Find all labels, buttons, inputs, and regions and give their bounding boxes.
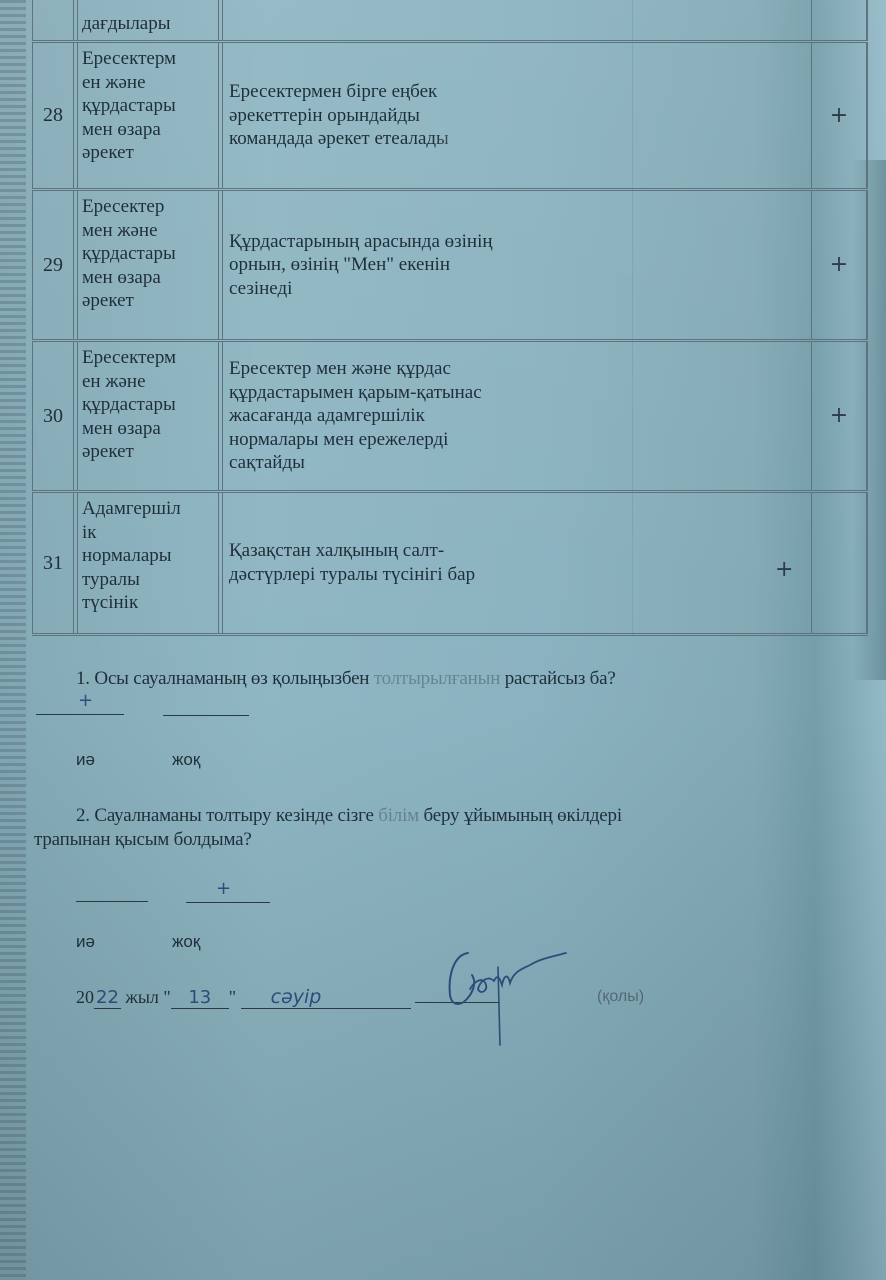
table-row: 31 Адамгершіл ік нормалары туралы түсіні… — [32, 493, 868, 636]
answer-line-yes[interactable] — [36, 714, 124, 715]
row-number-text: 28 — [43, 104, 63, 127]
plus-mark-icon: + — [830, 105, 848, 127]
mark-cell[interactable]: + — [812, 191, 868, 339]
question-text: растайсыз ба? — [500, 668, 615, 689]
plus-mark-icon[interactable]: + — [775, 559, 793, 581]
row-number: 28 — [32, 43, 74, 188]
signature-icon — [440, 945, 580, 1055]
description-line: құрдастарымен қарым-қатынас — [229, 381, 559, 405]
description-line: орнын, өзінің "Мен" екенін — [229, 253, 574, 277]
option-label-no: жоқ — [172, 750, 200, 770]
topic-line: түсінік — [82, 591, 214, 615]
option-label-yes: иә — [76, 932, 95, 952]
topic-line: Адамгершіл — [82, 497, 214, 521]
question-text: Осы сауалнаманың өз қолыңызбен — [94, 668, 369, 689]
plus-mark-icon: + — [830, 254, 848, 276]
year-label: жыл " — [121, 987, 171, 1007]
question-text: беру ұйымының өкілдері — [419, 805, 622, 826]
year-handwritten[interactable]: 22 — [94, 987, 121, 1009]
topic-line: ен және — [82, 370, 214, 394]
plus-mark-icon: + — [830, 405, 848, 427]
description-cell: Құрдастарының арасында өзінің орнын, өзі… — [222, 191, 812, 339]
topic-line: мен өзара — [82, 266, 214, 290]
mark-cell[interactable] — [812, 493, 868, 633]
question-text: Сауалнаманы толтыру кезінде сізге — [94, 805, 373, 826]
description-line: әрекеттерін орындайды — [229, 104, 489, 128]
topic-cell: дағдылары — [77, 0, 219, 40]
description-line: Қазақстан халқының салт- — [229, 539, 549, 563]
mark-cell[interactable]: + — [812, 43, 868, 188]
question-text-faded: білім — [374, 805, 419, 826]
description-line: Құрдастарының арасында өзінің — [229, 230, 574, 254]
quote-close: " — [229, 987, 236, 1007]
topic-line: құрдастары — [82, 242, 214, 266]
topic-line: ік — [82, 521, 214, 545]
answer-line-yes[interactable] — [76, 901, 148, 902]
topic-line: әрекет — [82, 440, 214, 464]
table-row: 29 Ересектер мен және құрдастары мен өза… — [32, 191, 868, 342]
table-row: 28 Ересектерм ен және құрдастары мен өза… — [32, 43, 868, 191]
assessment-table: дағдылары 28 Ересектерм ен және құрдаста… — [32, 0, 868, 636]
description-line: Ересектер мен және құрдас — [229, 357, 559, 381]
topic-line: мен өзара — [82, 417, 214, 441]
row-number-text: 30 — [43, 405, 63, 428]
description-line: жасағанда адамгершілік — [229, 404, 559, 428]
row-number-text: 31 — [43, 552, 63, 575]
topic-line: Ересектер — [82, 195, 214, 219]
description-cell — [222, 0, 812, 40]
number-cell — [32, 0, 74, 40]
question-number: 1. — [76, 668, 90, 689]
document-page: дағдылары 28 Ересектерм ен және құрдаста… — [0, 0, 886, 1280]
year-prefix: 20 — [76, 987, 94, 1007]
topic-fragment: дағдылары — [82, 12, 171, 36]
plus-mark-icon: + — [216, 878, 231, 899]
topic-line: Ересектерм — [82, 346, 214, 370]
topic-cell: Адамгершіл ік нормалары туралы түсінік — [77, 493, 219, 633]
description-line: командада әрекет етеалады — [229, 127, 489, 151]
row-number-text: 29 — [43, 254, 63, 277]
row-number: 29 — [32, 191, 74, 339]
option-label-yes: иә — [76, 750, 95, 770]
signature-label: (қолы) — [597, 988, 644, 1006]
mark-cell — [812, 0, 868, 40]
row-number: 30 — [32, 342, 74, 490]
description-line: сезінеді — [229, 277, 574, 301]
table-row: 30 Ересектерм ен және құрдастары мен өза… — [32, 342, 868, 493]
topic-cell: Ересектер мен және құрдастары мен өзара … — [77, 191, 219, 339]
question-2-line2: трапынан қысым болдыма? — [34, 829, 252, 851]
question-number: 2. — [76, 805, 90, 826]
topic-line: Ересектерм — [82, 47, 214, 71]
answer-line-no[interactable] — [186, 902, 270, 903]
day-handwritten[interactable]: 13 — [171, 987, 229, 1009]
topic-line: мен және — [82, 219, 214, 243]
month-handwritten[interactable]: сәуір — [241, 986, 411, 1009]
topic-line: құрдастары — [82, 393, 214, 417]
description-line: Ересектермен бірге еңбек — [229, 80, 489, 104]
answer-line-no[interactable] — [163, 715, 249, 716]
topic-line: нормалары — [82, 544, 214, 568]
topic-line: әрекет — [82, 289, 214, 313]
question-text-faded: толтырылғанын — [369, 668, 500, 689]
topic-line: құрдастары — [82, 94, 214, 118]
question-2: 2. Сауалнаманы толтыру кезінде сізге біл… — [76, 805, 836, 827]
description-cell: Ересектермен бірге еңбек әрекеттерін оры… — [222, 43, 812, 188]
row-number: 31 — [32, 493, 74, 633]
binding-edge — [0, 0, 26, 1280]
topic-cell: Ересектерм ен және құрдастары мен өзара … — [77, 43, 219, 188]
table-row-continued: дағдылары — [32, 0, 868, 43]
topic-line: әрекет — [82, 141, 214, 165]
description-cell: Ересектер мен және құрдас құрдастарымен … — [222, 342, 812, 490]
description-line: дәстүрлері туралы түсінігі бар — [229, 563, 549, 587]
description-line: нормалары мен ережелерді — [229, 428, 559, 452]
topic-line: мен өзара — [82, 118, 214, 142]
description-cell: Қазақстан халқының салт- дәстүрлері тура… — [222, 493, 812, 633]
question-1: 1. Осы сауалнаманың өз қолыңызбен толтыр… — [76, 668, 616, 690]
mark-cell[interactable]: + — [812, 342, 868, 490]
date-line: 2022 жыл "13" сәуір — [76, 986, 500, 1009]
plus-mark-icon: + — [78, 690, 93, 711]
description-line: сақтайды — [229, 451, 559, 475]
topic-line: туралы — [82, 568, 214, 592]
topic-line: ен және — [82, 71, 214, 95]
option-label-no: жоқ — [172, 932, 200, 952]
topic-cell: Ересектерм ен және құрдастары мен өзара … — [77, 342, 219, 490]
